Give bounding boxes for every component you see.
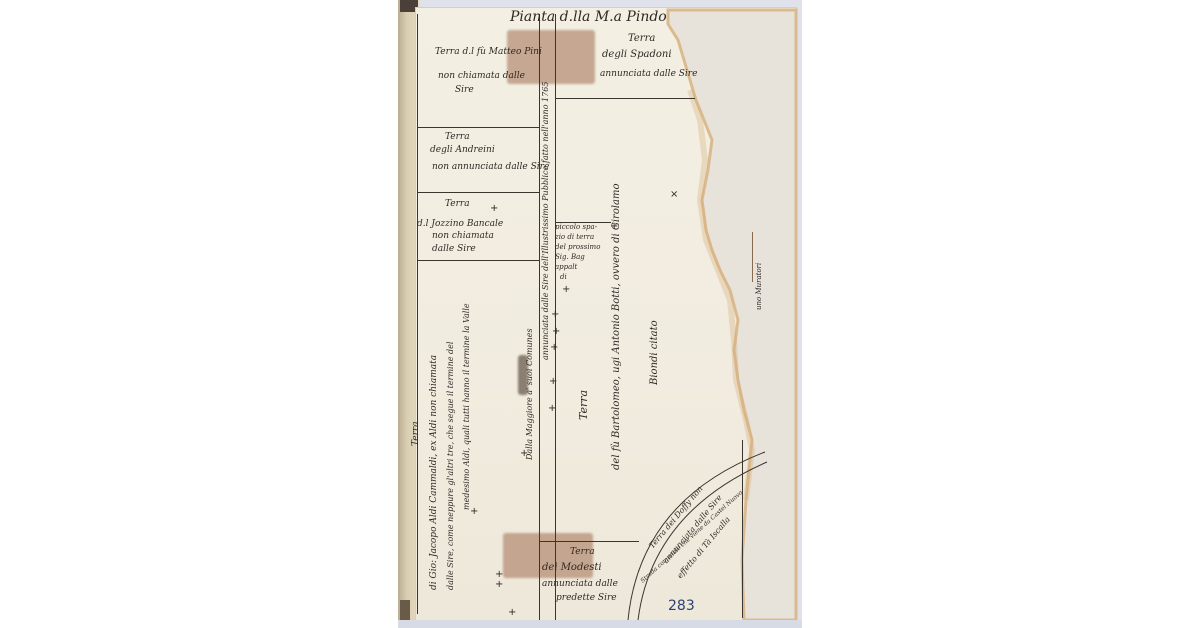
parcel-andreini-line1: Terra bbox=[445, 133, 470, 142]
boundary-marker: + bbox=[562, 285, 570, 295]
parcel-top-right-line2: degli Spadoni bbox=[602, 50, 672, 60]
right-margin-label: uno Muratori bbox=[756, 263, 763, 310]
parcel-small-center-line1: piccolo spa- bbox=[555, 224, 597, 231]
parcel-large-left-line1: di Gio: Jacopo Aldi Cammaldi, ex Aldi no… bbox=[430, 355, 439, 590]
parcel-top-left-line2: non chiamata dalle bbox=[438, 72, 525, 81]
boundary-marker: + bbox=[548, 404, 556, 414]
boundary-marker: + bbox=[551, 310, 559, 320]
parcel-small-center-line6: di bbox=[560, 274, 567, 281]
parcel-small-center-line2: zio di terra bbox=[555, 234, 594, 241]
curved-road bbox=[0, 0, 800, 628]
parcel-bancale-line4: dalle Sire bbox=[432, 245, 476, 254]
boundary-marker: × bbox=[670, 190, 678, 200]
road-label-lower: Dalla Maggiore a' suoi Comunes bbox=[526, 328, 534, 460]
parcel-bancale-line3: non chiamata bbox=[432, 232, 494, 241]
parcel-bancale-line1: Terra bbox=[445, 200, 470, 209]
boundary-marker: + bbox=[508, 608, 516, 618]
boundary-marker: + bbox=[520, 449, 528, 459]
boundary-marker: + bbox=[490, 204, 498, 214]
parcel-modesti-line1: Terra bbox=[570, 548, 595, 557]
parcel-small-center-line3: del prossimo bbox=[555, 244, 600, 251]
boundary-marker: + bbox=[550, 343, 558, 353]
boundary-marker: + bbox=[552, 327, 560, 337]
boundary-marker: + bbox=[549, 377, 557, 387]
page-number: 283 bbox=[668, 598, 695, 614]
parcel-modesti-line2: dei Modesti bbox=[542, 563, 602, 573]
parcel-modesti-line4: predette Sire bbox=[556, 594, 617, 603]
boundary-marker: + bbox=[495, 580, 503, 590]
boundary-marker: + bbox=[610, 222, 618, 232]
parcel-top-left-line1: Terra d.l fù Matteo Pini bbox=[435, 48, 542, 57]
parcel-large-left-line3: medesimo Aldi, quali tutti hanno il term… bbox=[463, 303, 471, 510]
parcel-small-center-line4: Sig. Bag bbox=[555, 254, 585, 261]
parcel-top-right-line1: Terra bbox=[628, 34, 655, 44]
parcel-large-left-line2: dalle Sire, come neppure gl'altri tre, c… bbox=[447, 342, 455, 590]
scanner-bottom-edge bbox=[398, 620, 802, 628]
parcel-small-center-line5: appalt bbox=[555, 264, 577, 271]
scan-viewport: Pianta d.lla M.a Pindo Terra d.l fù Matt… bbox=[0, 0, 1200, 628]
parcel-large-center-label: Terra bbox=[578, 390, 589, 420]
road-label-upper: annunciata dalle Sire dell'Illustrissimo… bbox=[542, 82, 550, 360]
parcel-andreini-line2: degli Andreini bbox=[430, 146, 495, 155]
parcel-top-left-line3: Sire bbox=[455, 86, 474, 95]
parcel-andreini-line3: non annunciata dalle Sire bbox=[432, 163, 549, 172]
boundary-marker: + bbox=[470, 507, 478, 517]
map-title: Pianta d.lla M.a Pindo bbox=[510, 10, 667, 24]
parcel-bancale-line2: d.l Jozzino Bancale bbox=[417, 220, 503, 229]
parcel-large-center-line2: Biondi citato bbox=[650, 320, 660, 385]
parcel-top-right-line3: annunciata dalle Sire bbox=[600, 70, 697, 79]
parcel-large-left-label: Terra bbox=[412, 421, 421, 446]
parcel-modesti-line3: annunciata dalle bbox=[542, 580, 618, 589]
